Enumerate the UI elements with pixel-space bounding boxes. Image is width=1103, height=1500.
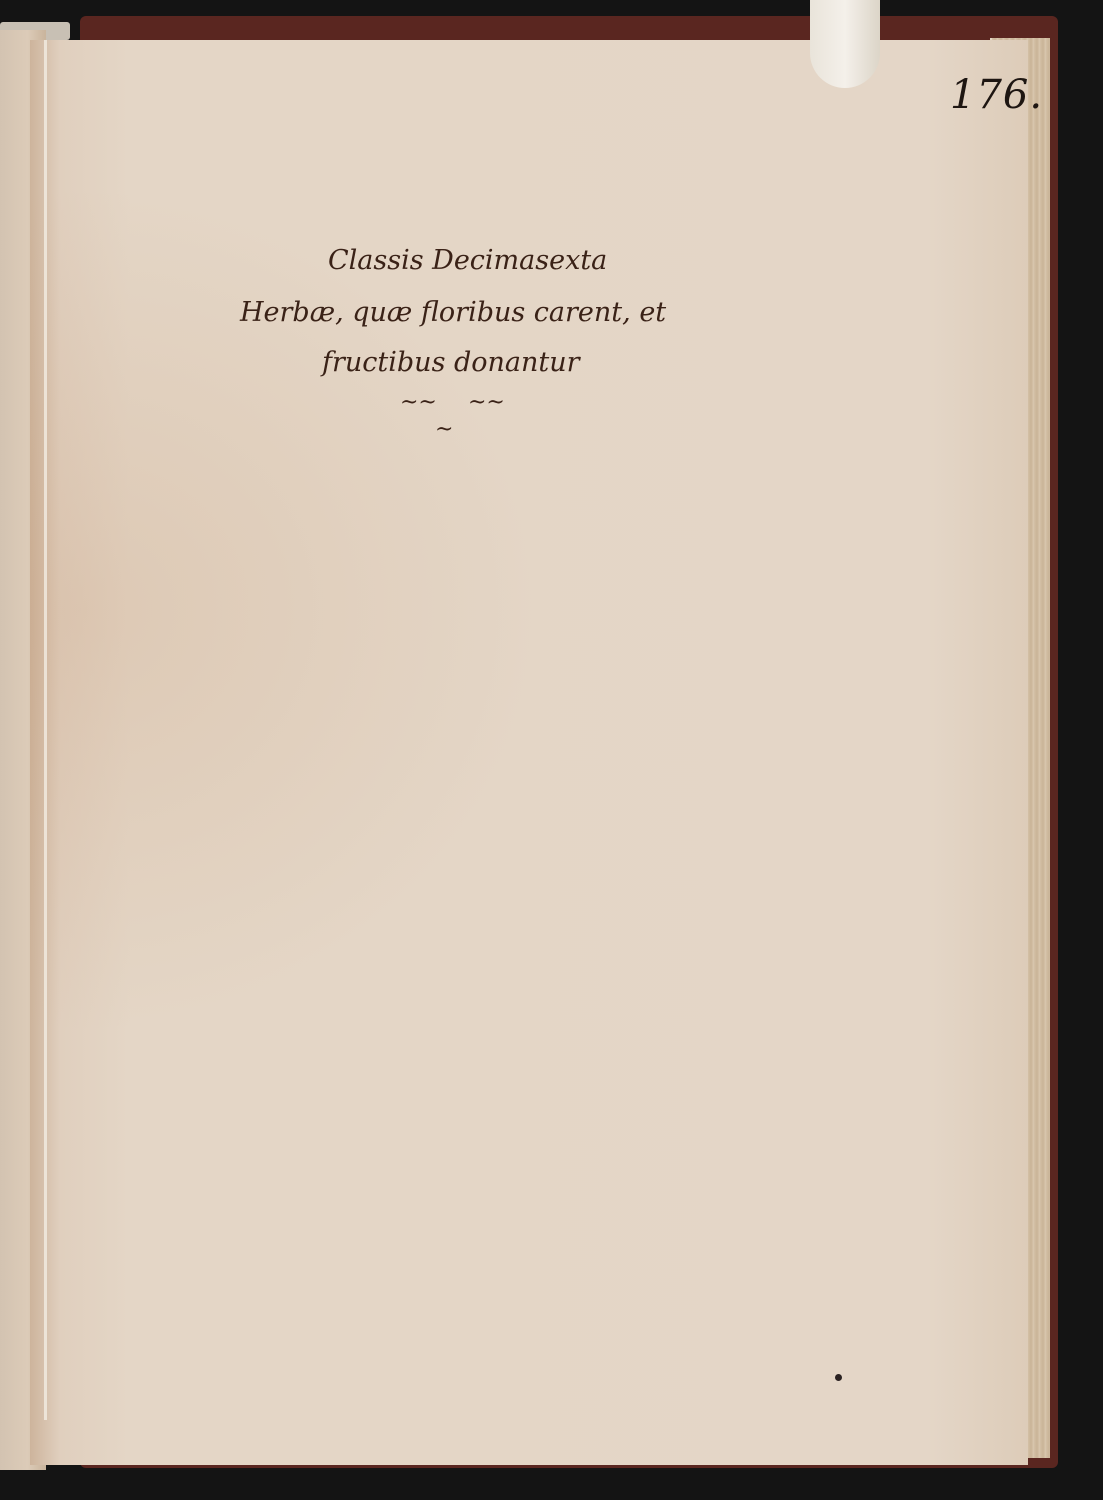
flourish-icon: ~~ (400, 390, 437, 415)
folio-number: 176. (950, 72, 1043, 118)
ink-spot (835, 1374, 842, 1381)
heading-line-3: fructibus donantur (322, 347, 580, 378)
heading-line-2: Herbæ, quæ floribus carent, et (240, 297, 666, 328)
heading-line-1: Classis Decimasexta (328, 245, 607, 276)
bookmark-clip (810, 0, 880, 88)
gutter (44, 40, 47, 1420)
flourish-icon: ~~ (468, 390, 505, 415)
flourish-icon: ~ (435, 417, 453, 442)
